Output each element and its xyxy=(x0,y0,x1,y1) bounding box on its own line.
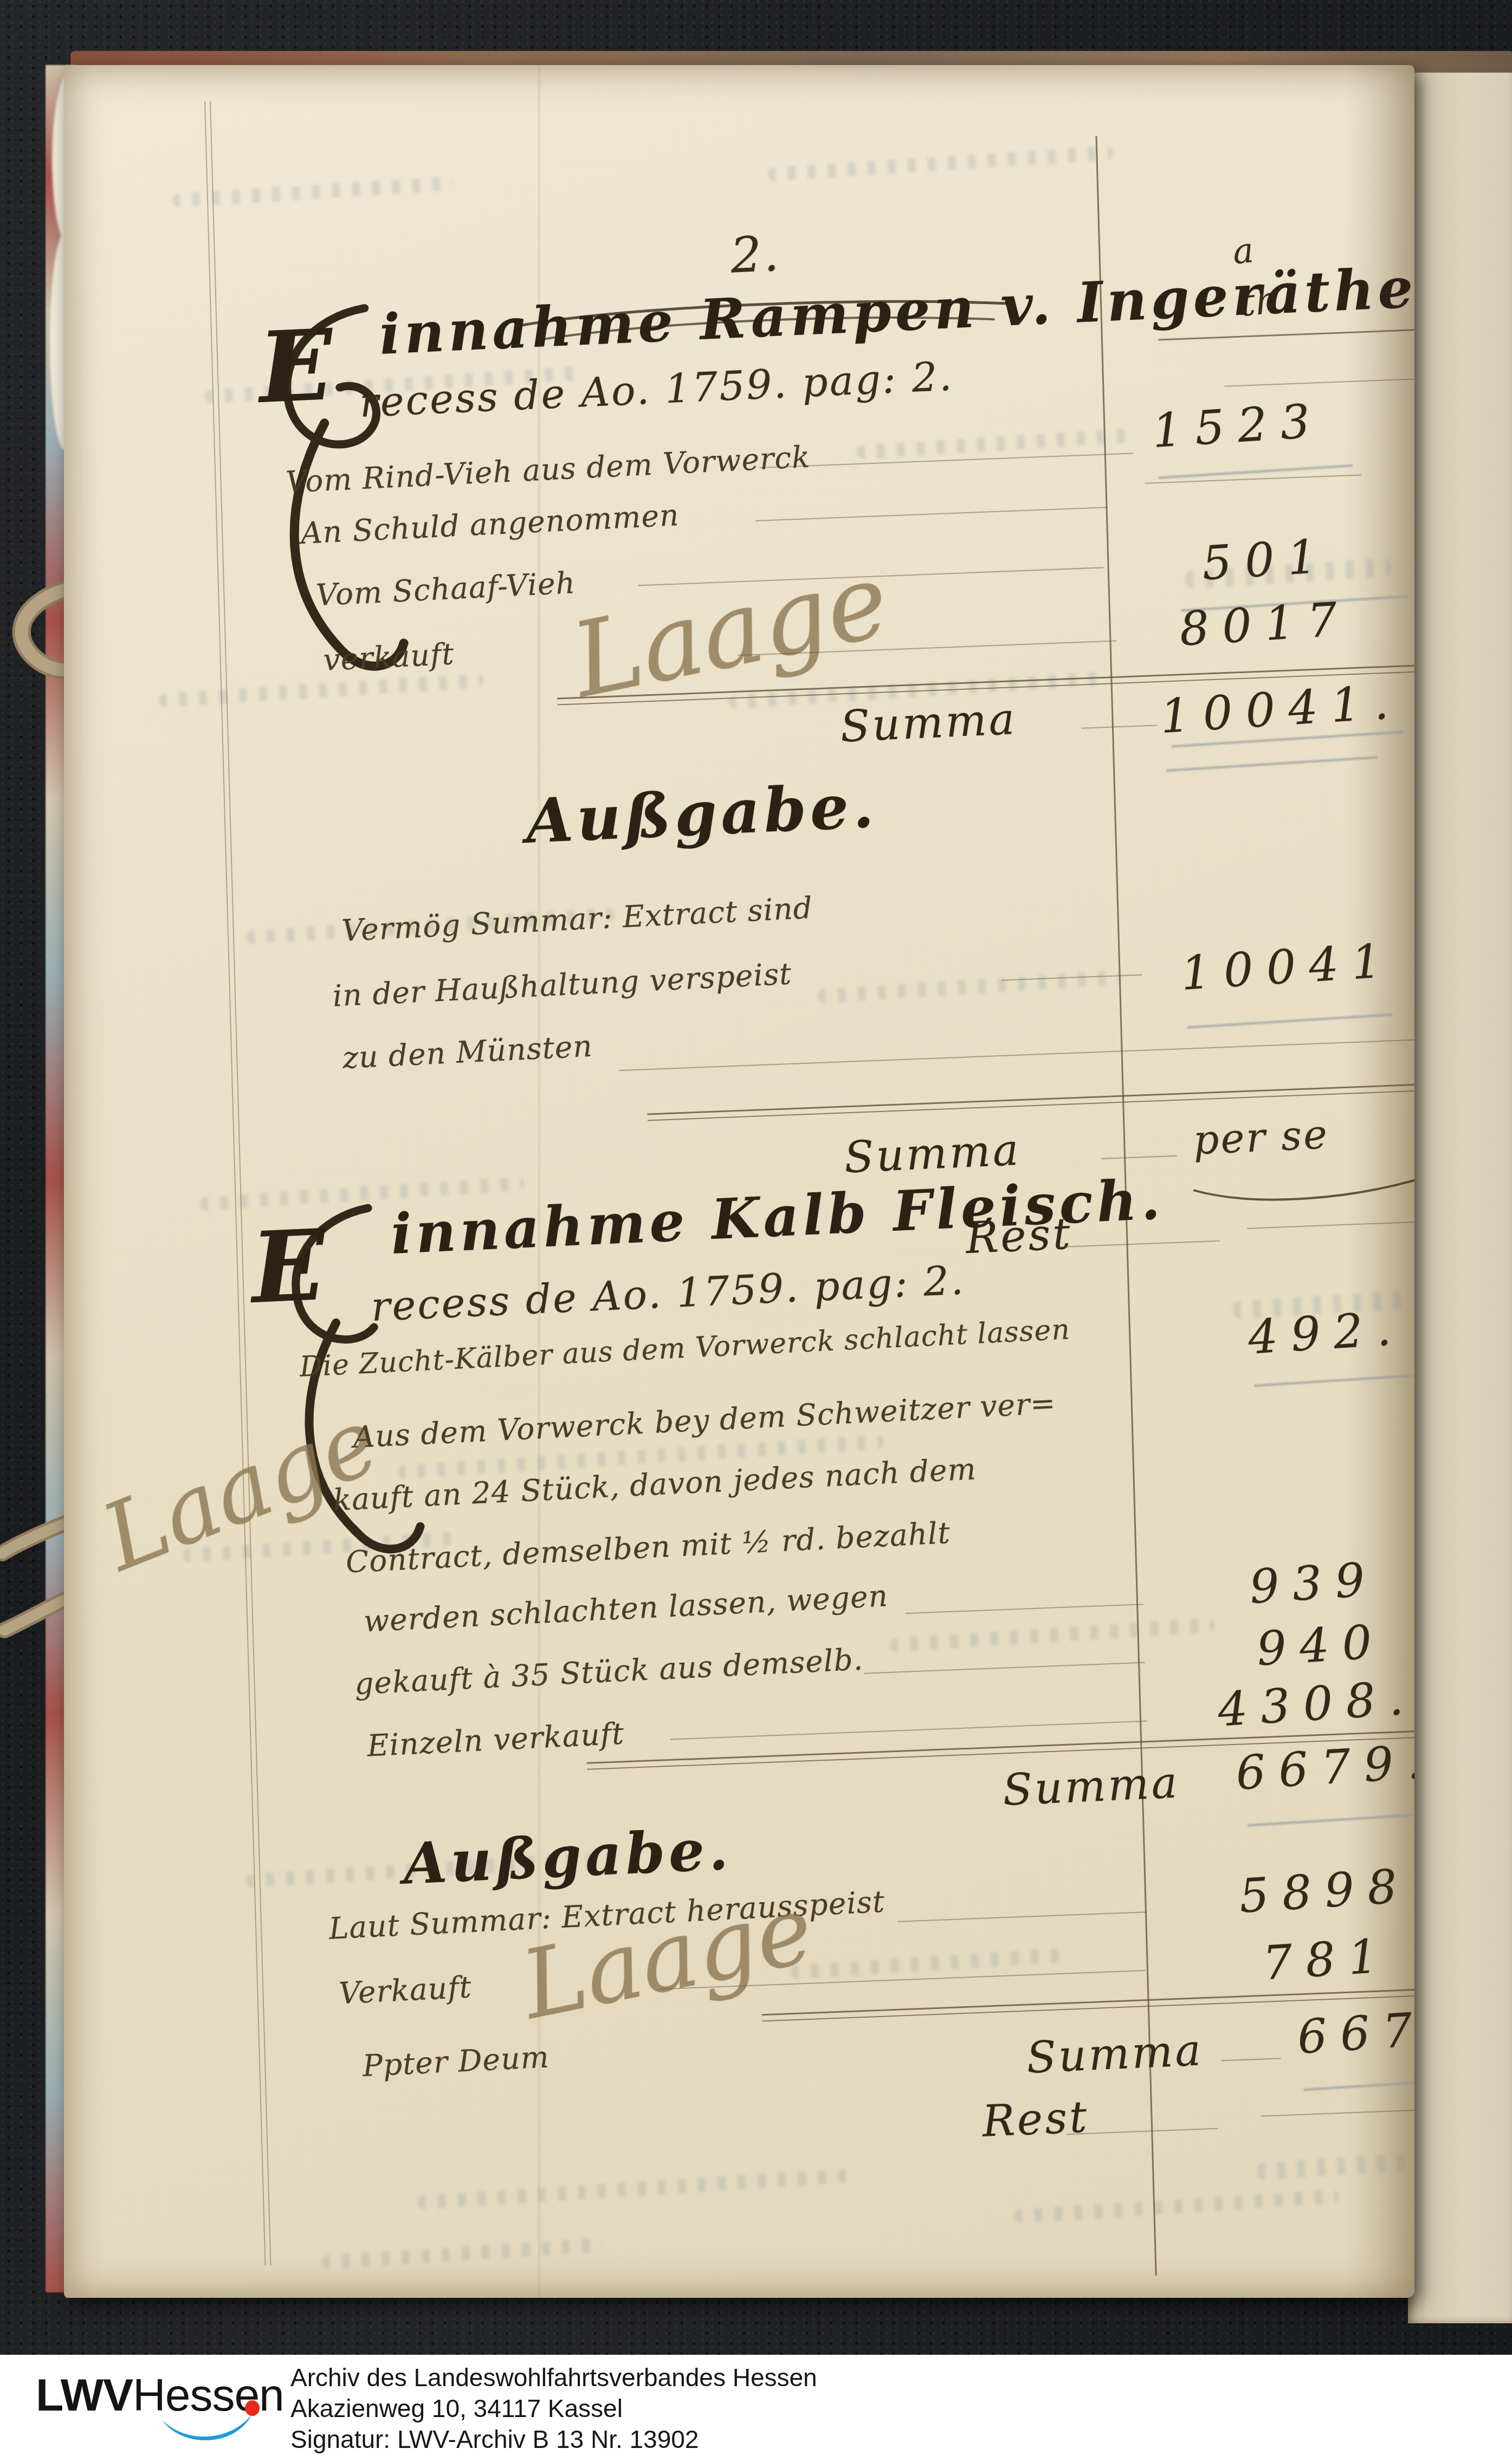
entry-label: Verkauft xyxy=(338,1969,473,2011)
bleedthrough-mark xyxy=(158,673,483,708)
footer-text: Archiv des Landeswohlfahrtsverbandes Hes… xyxy=(290,2362,817,2455)
header-rule xyxy=(1224,376,1414,387)
entry-value: 5898. xyxy=(1238,1857,1414,1924)
bleedthrough-mark xyxy=(767,146,1114,182)
pencil-underline xyxy=(1254,1373,1414,1387)
page-number: 2. xyxy=(729,225,782,285)
bleedthrough-mark xyxy=(817,970,1121,1003)
leader-line xyxy=(897,1911,1147,1922)
archive-footer: LWVHessen Archiv des Landeswohlfahrtsver… xyxy=(0,2355,1512,2455)
footer-line-address: Akazienweg 10, 34117 Kassel xyxy=(290,2393,817,2424)
pencil-underline xyxy=(1248,1811,1414,1827)
summa-value: 6679. xyxy=(1234,1734,1414,1801)
entry-label: Vom Schaaf-Vieh xyxy=(315,565,577,612)
footer-line-archive: Archiv des Landeswohlfahrtsverbandes Hes… xyxy=(290,2362,817,2393)
pencil-underline xyxy=(1303,2075,1414,2091)
facing-page-edge xyxy=(1408,61,1512,2323)
summa-label: Summa xyxy=(839,694,1018,752)
logo-blue-swoosh-icon xyxy=(160,2412,256,2446)
ausgabe1-value: 10041 xyxy=(1179,933,1395,1001)
ausgabe1-line: zu den Münsten xyxy=(341,1029,593,1075)
paragraph-line: werden schlachten lassen, wegen xyxy=(363,1578,889,1638)
bleedthrough-mark xyxy=(321,2238,604,2270)
summa-dash xyxy=(1101,1155,1177,1159)
entry-label: Ppter Deum xyxy=(361,2039,550,2083)
summa-value: 6679 xyxy=(1296,2000,1414,2065)
section1-heading: innahme Rampen v. Ingeräthe. xyxy=(378,254,1414,367)
ausgabe1-heading: Außgabe. xyxy=(524,770,878,857)
ausgabe1-line: Vermög Summar: Extract sind xyxy=(341,890,813,948)
leader-line xyxy=(905,1604,1143,1614)
logo-lwv-text: LWV xyxy=(36,2369,133,2420)
entry-value: 781 xyxy=(1261,1929,1392,1991)
bleedthrough-mark xyxy=(171,176,454,208)
entry-value: 492. xyxy=(1246,1301,1406,1365)
rest-dash xyxy=(1058,1241,1220,1248)
section2-subheading: recess de Ao. 1759. pag: 2. xyxy=(370,1257,966,1330)
section2-initial: E xyxy=(249,1208,332,1326)
leader-line xyxy=(759,453,1133,468)
summa-dash xyxy=(1081,725,1157,728)
summa-dash xyxy=(1222,2058,1281,2061)
pencil-underline xyxy=(1187,1013,1393,1029)
pencil-underline xyxy=(1158,464,1353,480)
summa-value-per-se: per se xyxy=(1192,1111,1329,1164)
leader-line xyxy=(755,507,1108,521)
rest-label: Rest xyxy=(981,2091,1090,2147)
footer-line-signatur: Signatur: LWV-Archiv B 13 Nr. 13902 xyxy=(290,2424,817,2455)
ausgabe1-line: in der Haußhaltung verspeist xyxy=(332,956,792,1013)
blank-value-line xyxy=(1247,1220,1414,1229)
entry-label: gekauft à 35 Stück aus demselb. xyxy=(354,1642,864,1701)
ausgabe2-heading: Außgabe. xyxy=(402,1816,733,1897)
entry-label: verkauft xyxy=(322,636,455,677)
paragraph-line: Contract, demselben mit ½ rd. bezahlt xyxy=(345,1515,951,1579)
section1-initial: E xyxy=(256,308,340,425)
manuscript-page: a th. 2. E innahme Rampen v. Ingeräthe. … xyxy=(64,65,1414,2298)
bleedthrough-mark xyxy=(417,2168,851,2209)
page-content: a th. 2. E innahme Rampen v. Ingeräthe. … xyxy=(64,65,1414,2298)
leader-line xyxy=(863,1662,1145,1674)
paragraph-line: Aus dem Vorwerck bey dem Schweitzer ver= xyxy=(352,1386,1057,1455)
summa-label: Summa xyxy=(1001,1757,1180,1816)
bleedthrough-mark xyxy=(889,1618,1214,1652)
entry-value: 4308. xyxy=(1216,1671,1414,1737)
entry-value: 940 xyxy=(1255,1614,1386,1677)
entry-value: 939 xyxy=(1248,1552,1379,1614)
entry-value: 1523 xyxy=(1151,393,1324,458)
archive-scan: a th. 2. E innahme Rampen v. Ingeräthe. … xyxy=(0,0,1512,2455)
leader-line xyxy=(670,1721,1147,1740)
entry-value: 8017 xyxy=(1178,592,1352,657)
section-rule xyxy=(619,1038,1414,1071)
entry-value: 501 xyxy=(1200,529,1332,591)
margin-rule xyxy=(210,101,272,2265)
margin-rule xyxy=(204,101,266,2265)
bleedthrough-mark xyxy=(1014,2189,1339,2224)
entry-label: Vom Rind-Vieh aus dem Vorwerck xyxy=(285,440,811,500)
summa-label: Summa xyxy=(1025,2025,1204,2083)
entry-label: An Schuld angenommen xyxy=(300,498,680,551)
pencil-underline xyxy=(1166,756,1378,772)
bleedthrough-mark xyxy=(1256,2150,1414,2180)
entry-label: Einzeln verkauft xyxy=(366,1716,625,1763)
blank-value-line xyxy=(1261,2108,1414,2117)
